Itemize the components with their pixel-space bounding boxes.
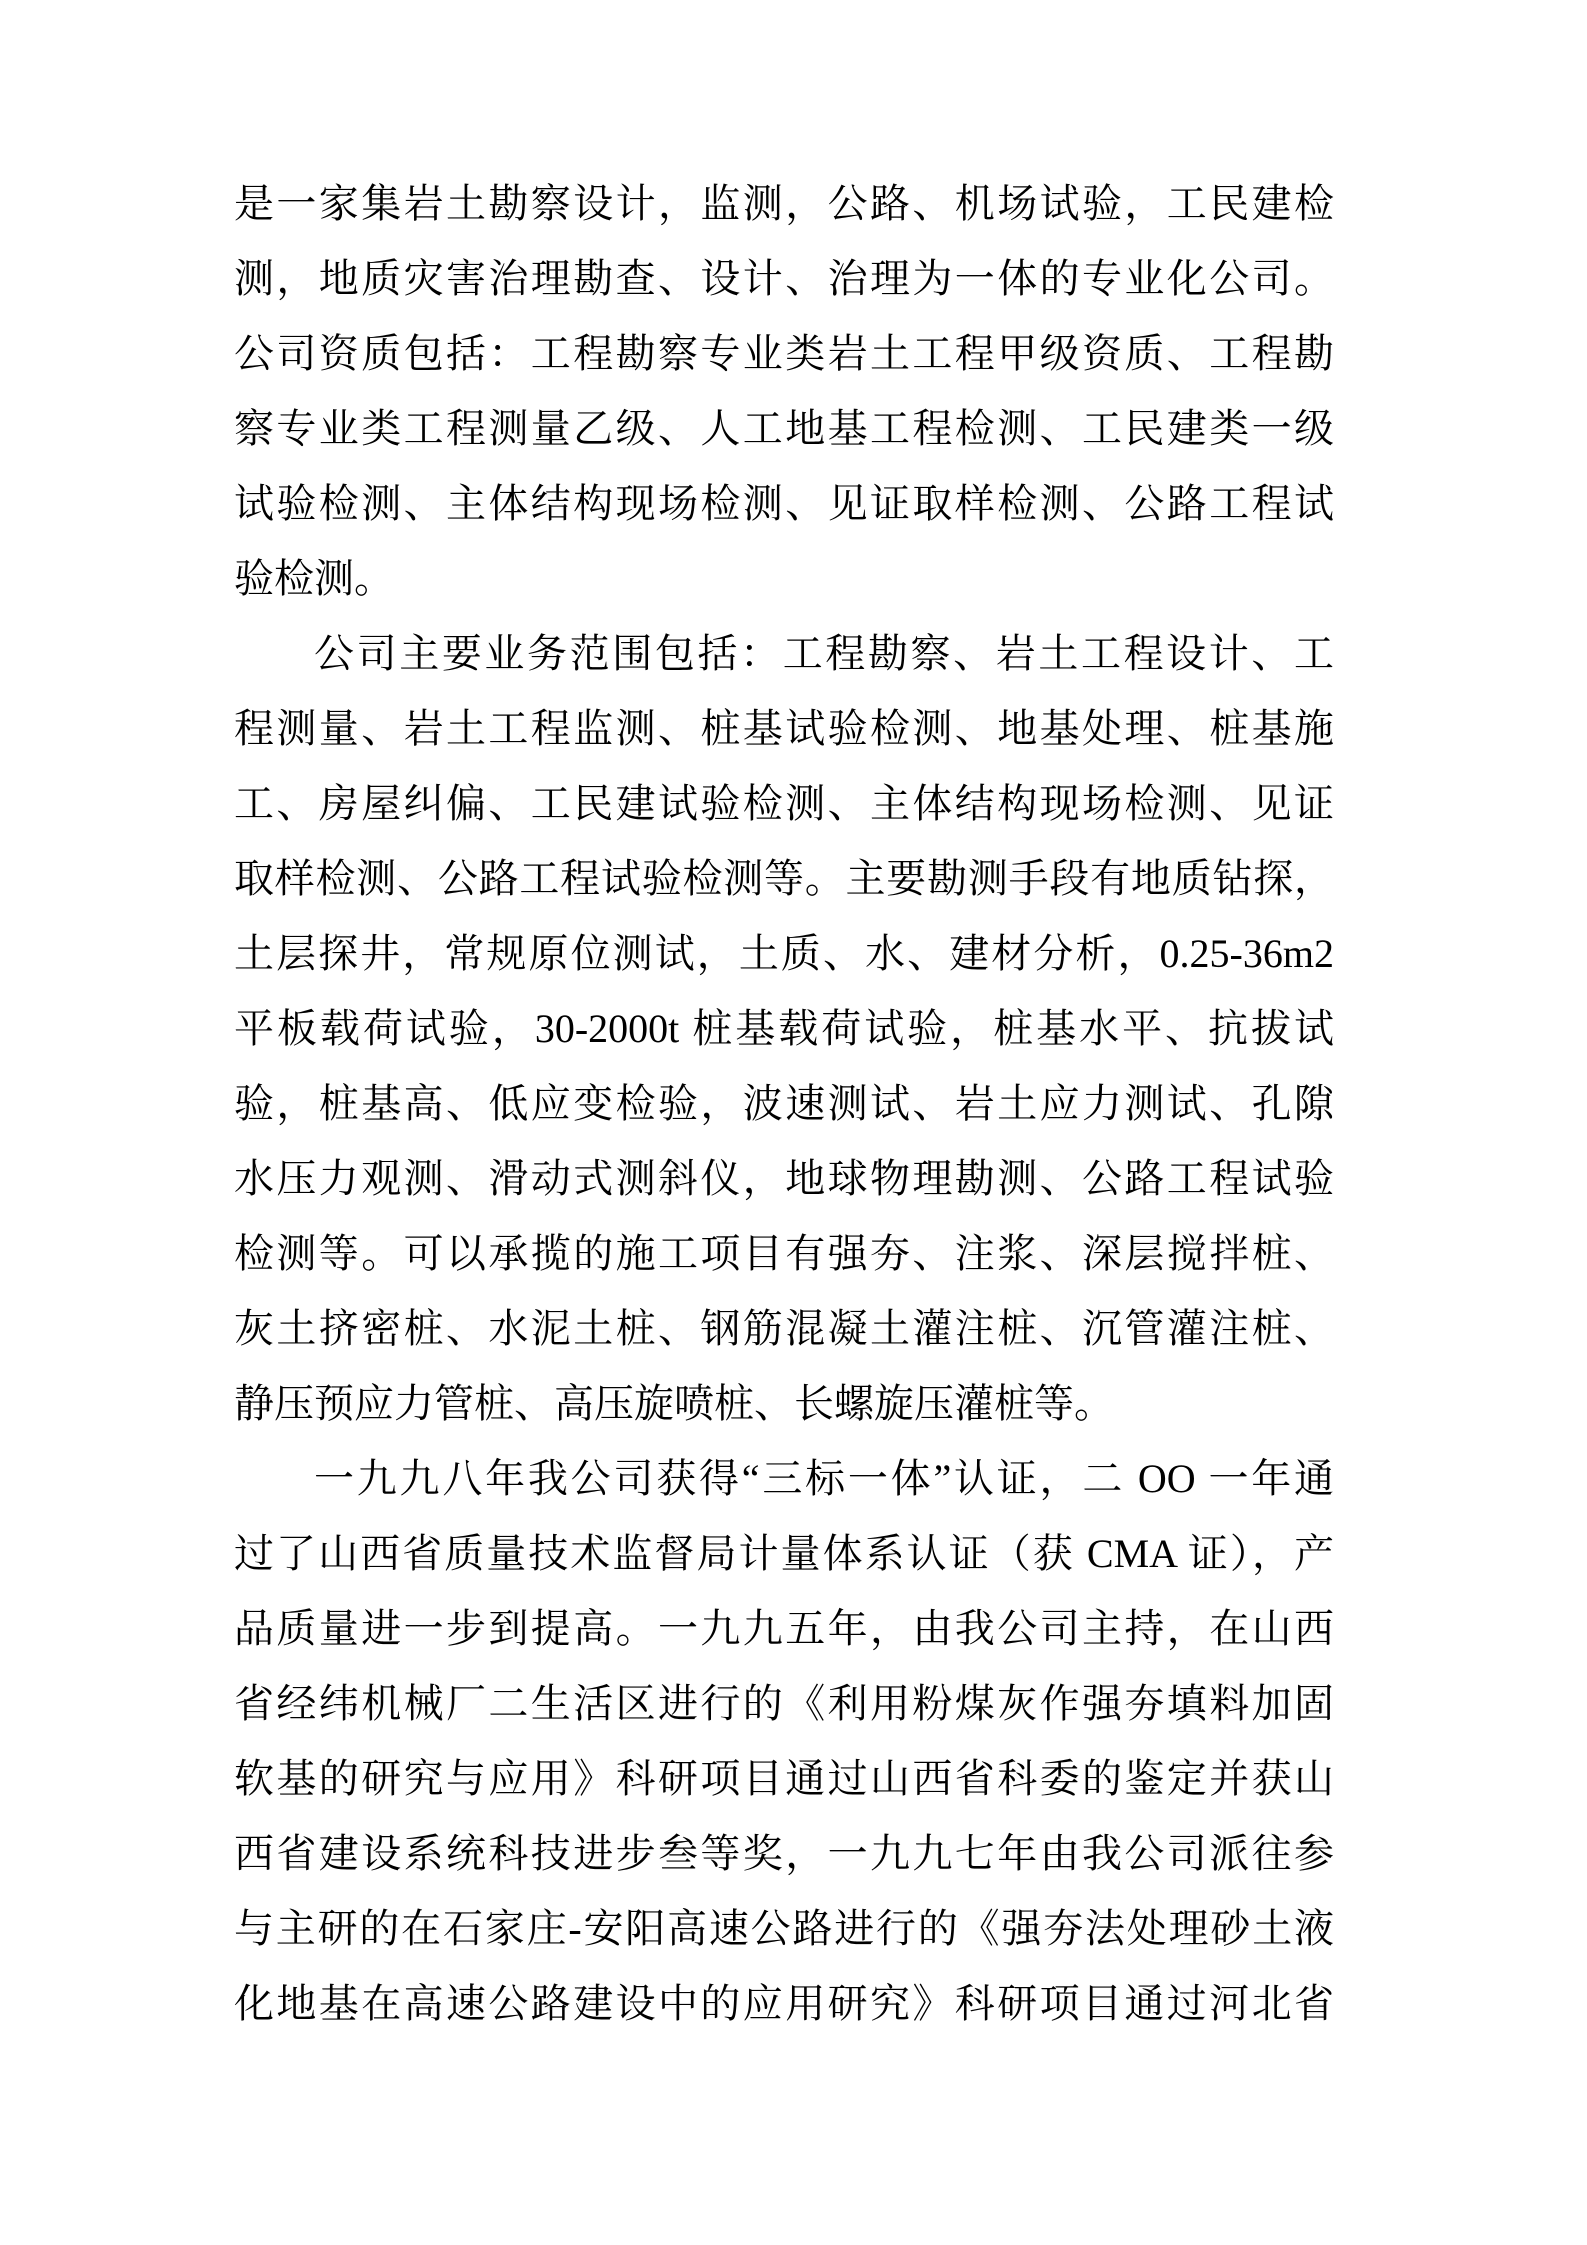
text-line: 化地基在高速公路建设中的应用研究》科研项目通过河北省 <box>234 1966 1334 2041</box>
text-line: 公司主要业务范围包括：工程勘察、岩土工程设计、工 <box>234 616 1334 691</box>
text-line: 水压力观测、滑动式测斜仪，地球物理勘测、公路工程试验 <box>234 1141 1334 1216</box>
text-line: 品质量进一步到提高。一九九五年，由我公司主持，在山西 <box>234 1591 1334 1666</box>
text-line: 与主研的在石家庄-安阳高速公路进行的《强夯法处理砂土液 <box>234 1891 1334 1966</box>
text-line: 验检测。 <box>234 541 1334 616</box>
text-line: 静压预应力管桩、高压旋喷桩、长螺旋压灌桩等。 <box>234 1366 1334 1441</box>
text-line: 察专业类工程测量乙级、人工地基工程检测、工民建类一级 <box>234 391 1334 466</box>
text-line: 是一家集岩土勘察设计，监测，公路、机场试验，工民建检 <box>234 166 1334 241</box>
document-page: 是一家集岩土勘察设计，监测，公路、机场试验，工民建检 测，地质灾害治理勘查、设计… <box>0 0 1587 2245</box>
text-line: 测，地质灾害治理勘查、设计、治理为一体的专业化公司。 <box>234 241 1334 316</box>
text-line: 程测量、岩土工程监测、桩基试验检测、地基处理、桩基施 <box>234 691 1334 766</box>
text-line: 软基的研究与应用》科研项目通过山西省科委的鉴定并获山 <box>234 1741 1334 1816</box>
text-line: 工、房屋纠偏、工民建试验检测、主体结构现场检测、见证 <box>234 766 1334 841</box>
text-line: 过了山西省质量技术监督局计量体系认证（获 CMA 证），产 <box>234 1516 1334 1591</box>
text-line: 土层探井，常规原位测试，土质、水、建材分析，0.25-36m2 <box>234 916 1334 991</box>
text-line: 检测等。可以承揽的施工项目有强夯、注浆、深层搅拌桩、 <box>234 1216 1334 1291</box>
text-line: 省经纬机械厂二生活区进行的《利用粉煤灰作强夯填料加固 <box>234 1666 1334 1741</box>
text-line: 公司资质包括：工程勘察专业类岩土工程甲级资质、工程勘 <box>234 316 1334 391</box>
text-line: 取样检测、公路工程试验检测等。主要勘测手段有地质钻探， <box>234 841 1334 916</box>
text-line: 平板载荷试验，30-2000t 桩基载荷试验，桩基水平、抗拔试 <box>234 991 1334 1066</box>
text-block: 是一家集岩土勘察设计，监测，公路、机场试验，工民建检 测，地质灾害治理勘查、设计… <box>234 166 1334 2041</box>
text-line: 灰土挤密桩、水泥土桩、钢筋混凝土灌注桩、沉管灌注桩、 <box>234 1291 1334 1366</box>
text-line: 试验检测、主体结构现场检测、见证取样检测、公路工程试 <box>234 466 1334 541</box>
text-line: 一九九八年我公司获得“三标一体”认证，二 OO 一年通 <box>234 1441 1334 1516</box>
text-line: 西省建设系统科技进步叁等奖，一九九七年由我公司派往参 <box>234 1816 1334 1891</box>
text-line: 验，桩基高、低应变检验，波速测试、岩土应力测试、孔隙 <box>234 1066 1334 1141</box>
